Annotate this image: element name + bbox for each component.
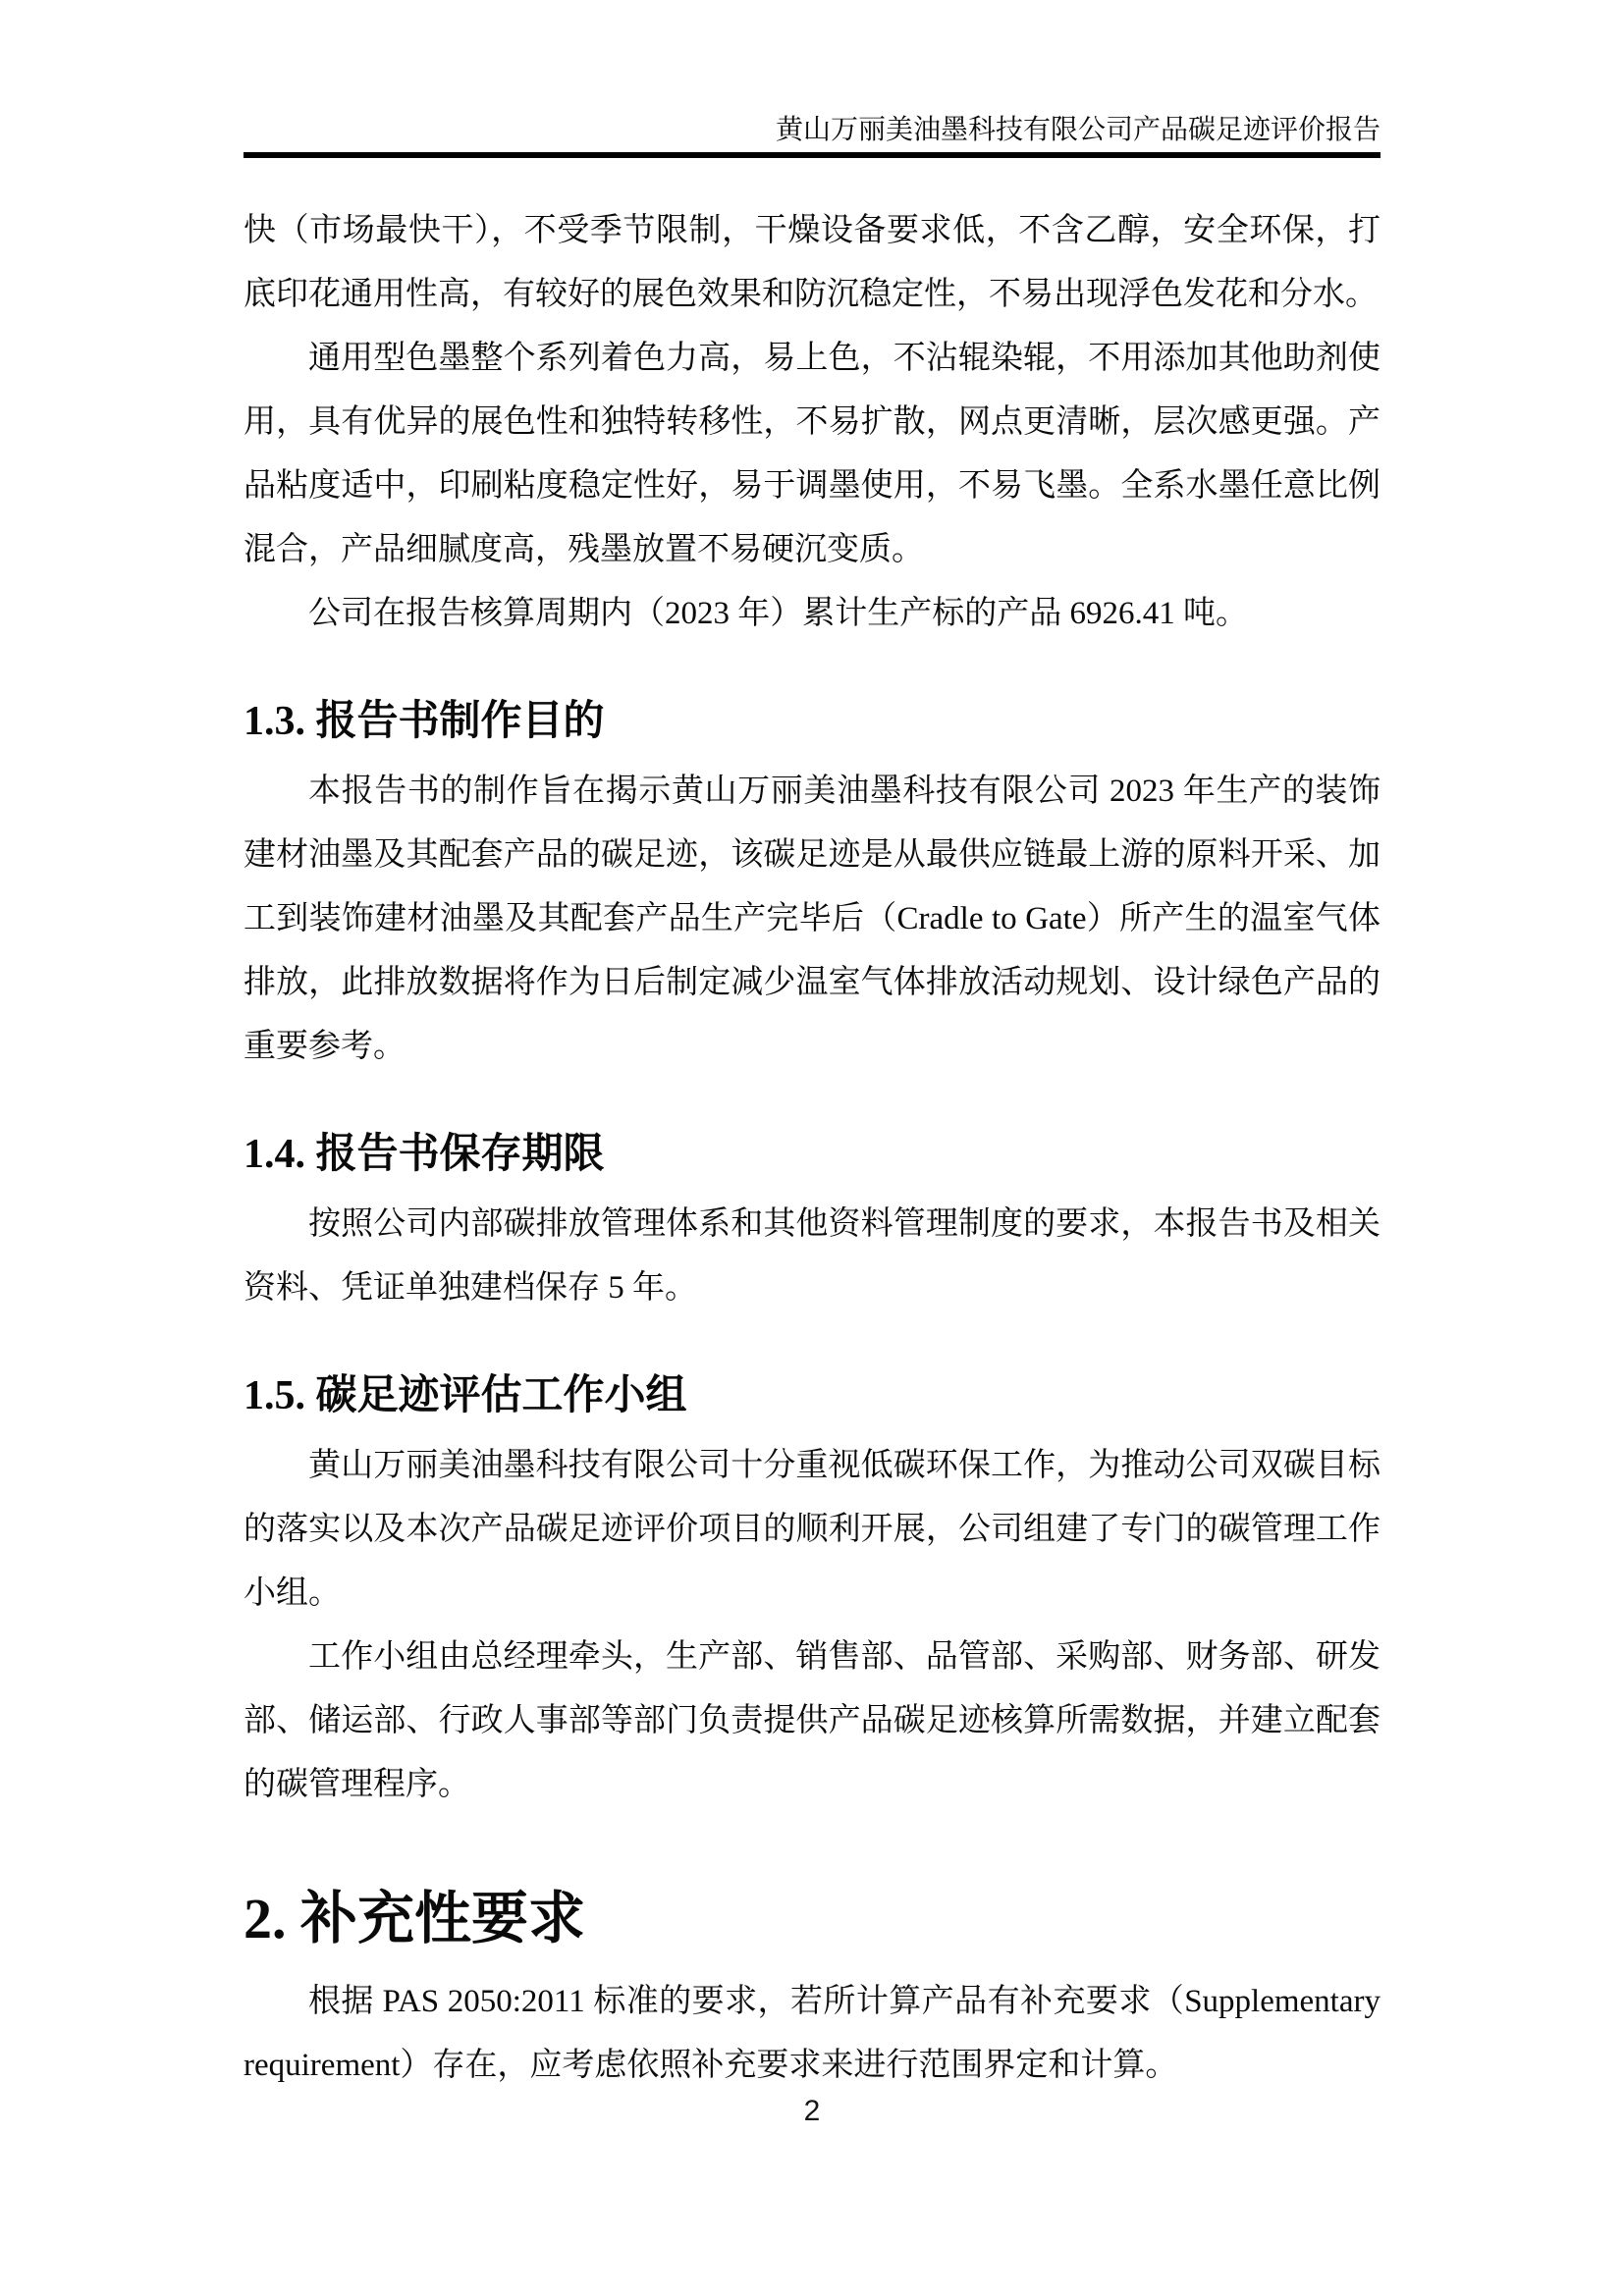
paragraph: 根据 PAS 2050:2011 标准的要求，若所计算产品有补充要求（Suppl… [244,1970,1380,2098]
paragraph-line: 混合，产品细腻度高，残墨放置不易硬沉变质。 [244,518,1380,582]
paragraph-line: 工到装饰建材油墨及其配套产品生产完毕后（Cradle to Gate）所产生的温… [244,887,1380,951]
paragraph-line: requirement）存在，应考虑依照补充要求来进行范围界定和计算。 [244,2034,1380,2098]
paragraph-line: 本报告书的制作旨在揭示黄山万丽美油墨科技有限公司 2023 年生产的装饰 [244,760,1380,824]
paragraph-line: 底印花通用性高，有较好的展色效果和防沉稳定性，不易出现浮色发花和分水。 [244,263,1380,327]
paragraph: 快（市场最快干），不受季节限制，干燥设备要求低，不含乙醇，安全环保，打底印花通用… [244,199,1380,327]
paragraph: 按照公司内部碳排放管理体系和其他资料管理制度的要求，本报告书及相关资料、凭证单独… [244,1193,1380,1320]
paragraph-line: 快（市场最快干），不受季节限制，干燥设备要求低，不含乙醇，安全环保，打 [244,199,1380,263]
paragraph-line: 部、储运部、行政人事部等部门负责提供产品碳足迹核算所需数据，并建立配套 [244,1689,1380,1753]
paragraph-line: 公司在报告核算周期内（2023 年）累计生产标的产品 6926.41 吨。 [244,582,1380,646]
paragraph: 通用型色墨整个系列着色力高，易上色，不沾辊染辊，不用添加其他助剂使用，具有优异的… [244,327,1380,582]
section-heading: 1.4. 报告书保存期限 [244,1126,1380,1183]
paragraph-line: 排放，此排放数据将作为日后制定减少温室气体排放活动规划、设计绿色产品的 [244,951,1380,1015]
document-body: 快（市场最快干），不受季节限制，干燥设备要求低，不含乙醇，安全环保，打底印花通用… [244,158,1380,2098]
page-footer: 2 [0,2095,1624,2128]
section-heading: 1.3. 报告书制作目的 [244,693,1380,750]
page-number: 2 [804,2095,821,2127]
paragraph-line: 黄山万丽美油墨科技有限公司十分重视低碳环保工作，为推动公司双碳目标 [244,1434,1380,1498]
document-page: 黄山万丽美油墨科技有限公司产品碳足迹评价报告 快（市场最快干），不受季节限制，干… [0,0,1624,2296]
paragraph-line: 建材油墨及其配套产品的碳足迹，该碳足迹是从最供应链最上游的原料开采、加 [244,824,1380,887]
section-heading: 1.5. 碳足迹评估工作小组 [244,1367,1380,1424]
paragraph-line: 的碳管理程序。 [244,1753,1380,1817]
page-header: 黄山万丽美油墨科技有限公司产品碳足迹评价报告 [244,114,1380,158]
paragraph-line: 品粘度适中，印刷粘度稳定性好，易于调墨使用，不易飞墨。全系水墨任意比例 [244,454,1380,518]
paragraph: 工作小组由总经理牵头，生产部、销售部、品管部、采购部、财务部、研发部、储运部、行… [244,1626,1380,1817]
paragraph: 公司在报告核算周期内（2023 年）累计生产标的产品 6926.41 吨。 [244,582,1380,646]
paragraph-line: 的落实以及本次产品碳足迹评价项目的顺利开展，公司组建了专门的碳管理工作 [244,1498,1380,1562]
paragraph-line: 小组。 [244,1562,1380,1626]
header-title: 黄山万丽美油墨科技有限公司产品碳足迹评价报告 [776,115,1380,145]
paragraph-line: 重要参考。 [244,1015,1380,1079]
paragraph: 本报告书的制作旨在揭示黄山万丽美油墨科技有限公司 2023 年生产的装饰建材油墨… [244,760,1380,1079]
paragraph-line: 根据 PAS 2050:2011 标准的要求，若所计算产品有补充要求（Suppl… [244,1970,1380,2034]
paragraph-line: 通用型色墨整个系列着色力高，易上色，不沾辊染辊，不用添加其他助剂使 [244,327,1380,391]
paragraph: 黄山万丽美油墨科技有限公司十分重视低碳环保工作，为推动公司双碳目标的落实以及本次… [244,1434,1380,1626]
paragraph-line: 按照公司内部碳排放管理体系和其他资料管理制度的要求，本报告书及相关 [244,1193,1380,1256]
paragraph-line: 资料、凭证单独建档保存 5 年。 [244,1256,1380,1320]
section-heading: 2. 补充性要求 [244,1882,1380,1956]
paragraph-line: 用，具有优异的展色性和独特转移性，不易扩散，网点更清晰，层次感更强。产 [244,391,1380,454]
paragraph-line: 工作小组由总经理牵头，生产部、销售部、品管部、采购部、财务部、研发 [244,1626,1380,1689]
